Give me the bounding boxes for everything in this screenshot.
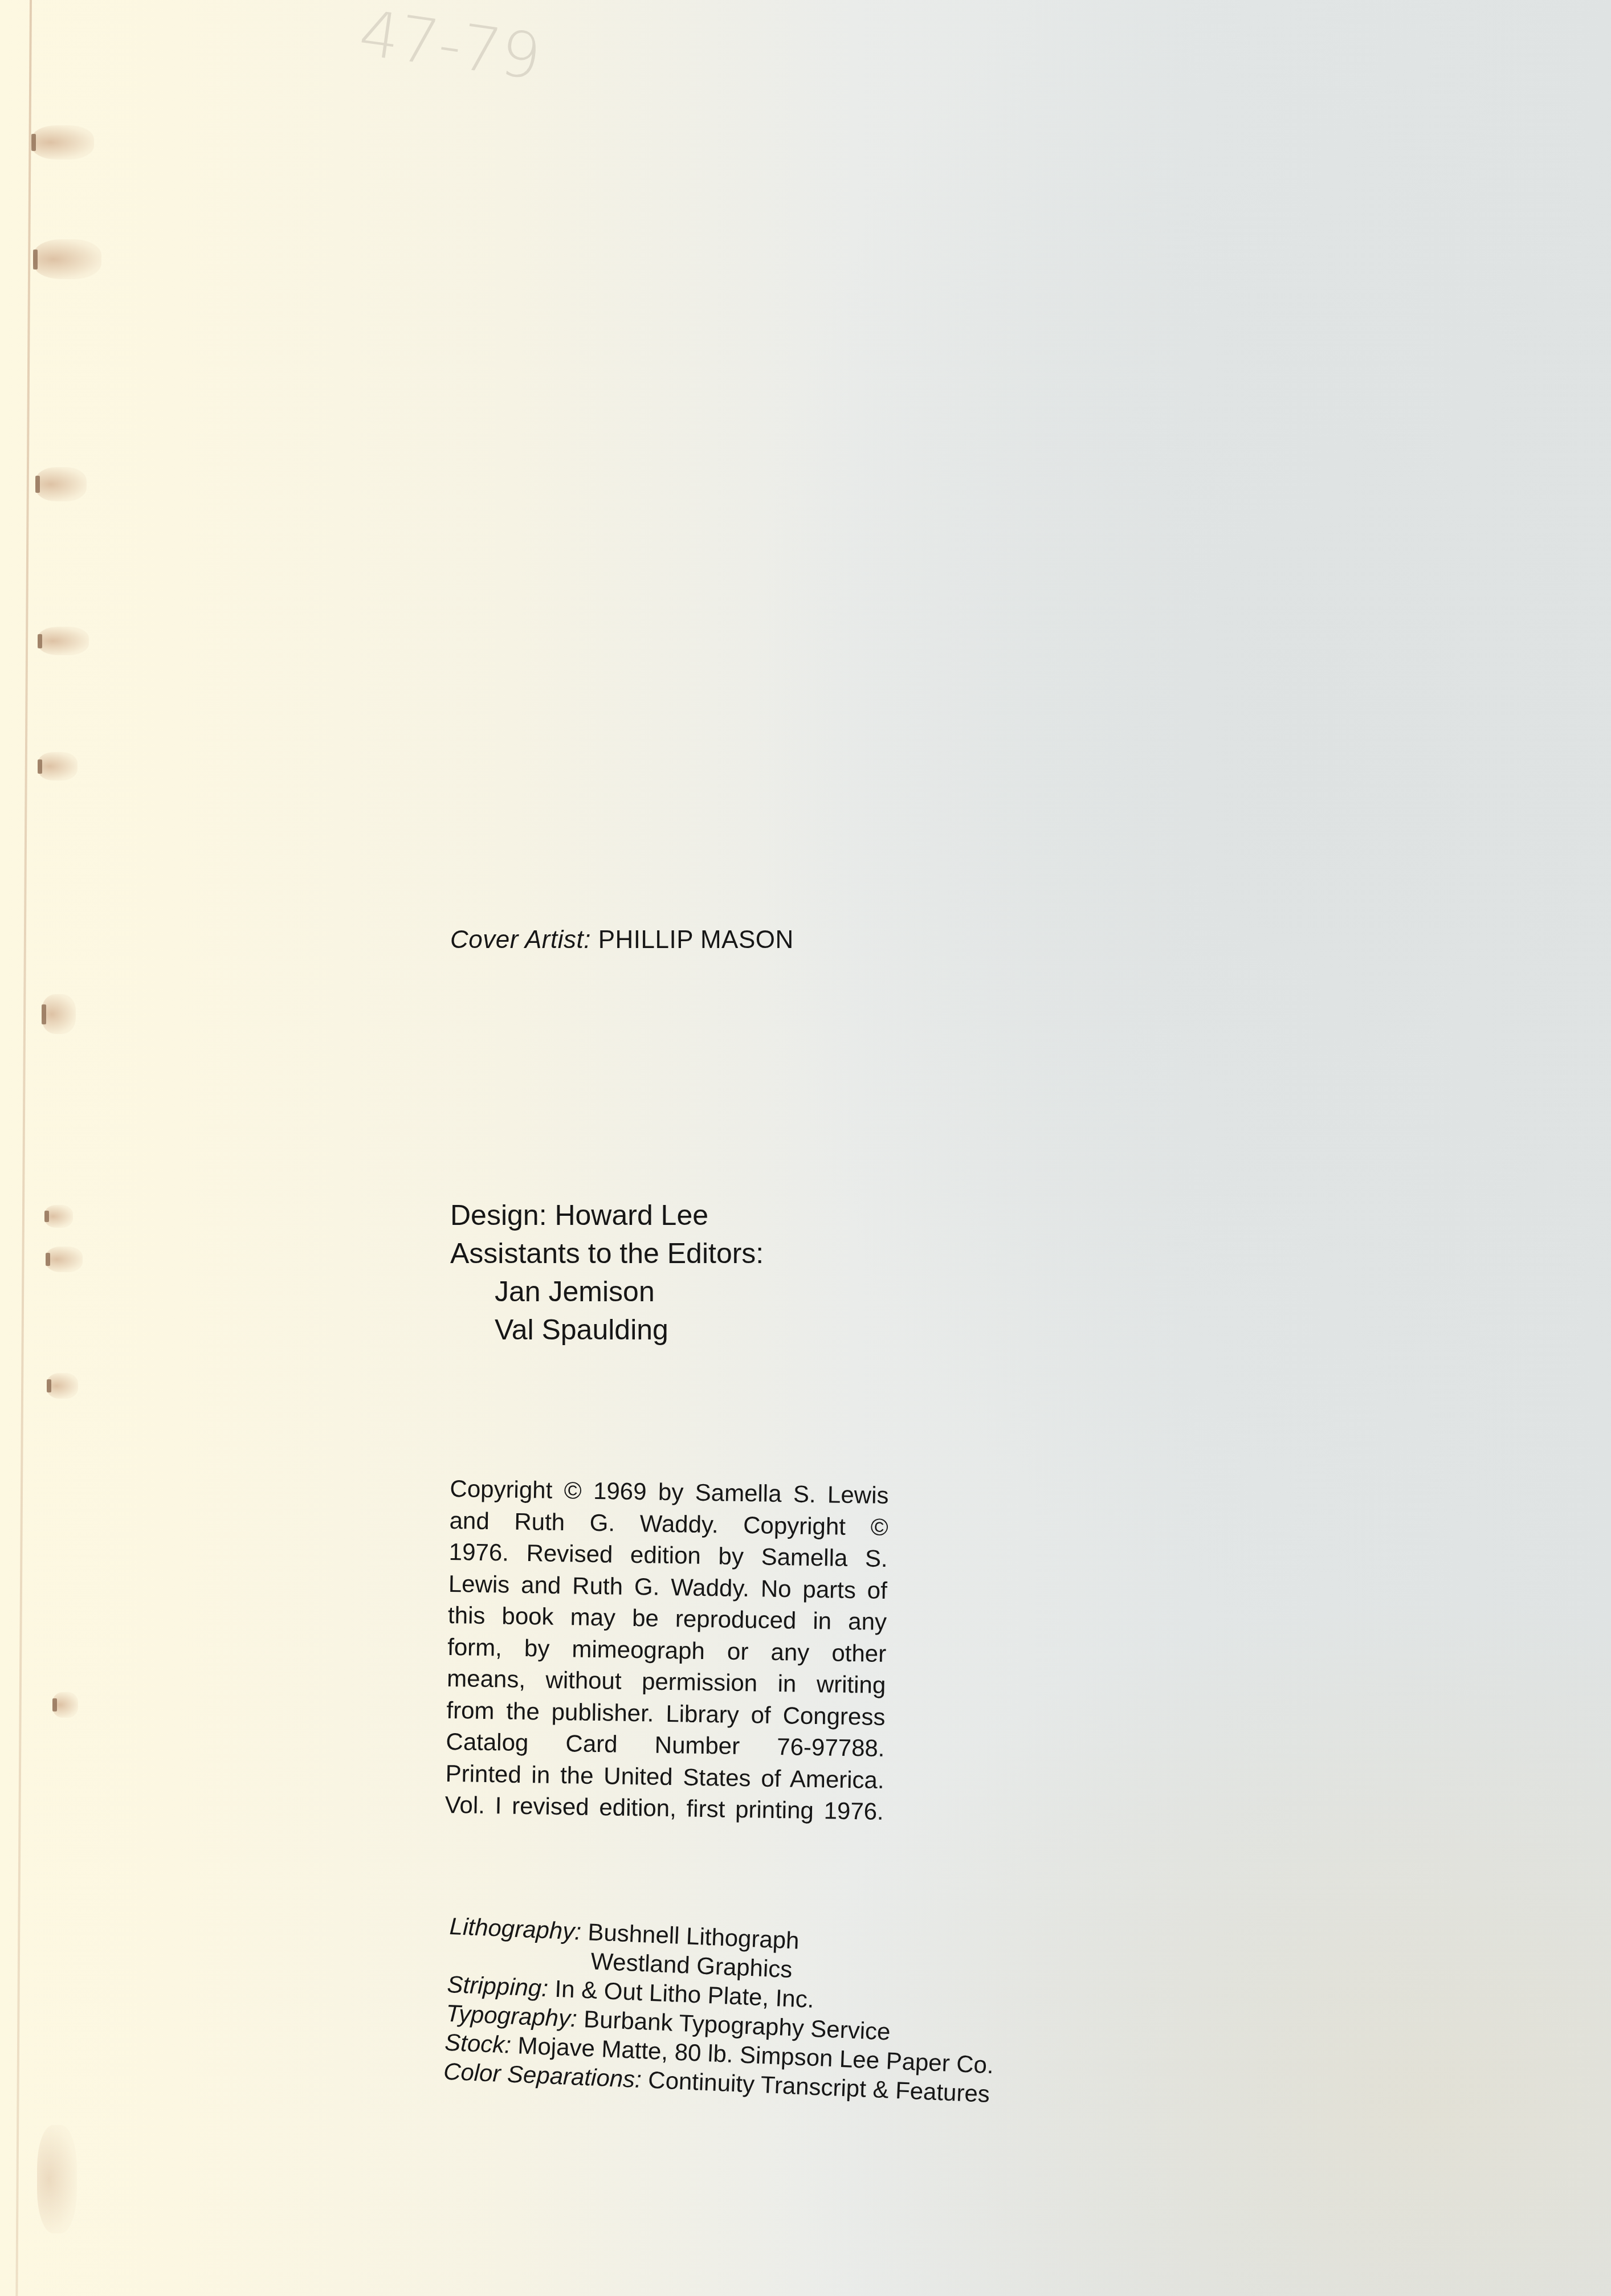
design-credit: Design: Howard Lee bbox=[450, 1196, 764, 1235]
binding-stain bbox=[33, 239, 101, 279]
cover-artist-label: Cover Artist: bbox=[450, 926, 591, 954]
assistant-name: Jan Jemison bbox=[450, 1273, 764, 1311]
binding-stain bbox=[31, 125, 94, 160]
binding-stain bbox=[44, 1205, 73, 1228]
printing-credit-label: Lithography: bbox=[449, 1913, 582, 1945]
copyright-notice: Copyright © 1969 by Samella S. Lewis and… bbox=[444, 1473, 888, 1828]
editorial-credits: Design: Howard Lee Assistants to the Edi… bbox=[450, 1196, 764, 1349]
binding-edge bbox=[15, 0, 32, 2296]
printing-credit-label: Typography: bbox=[446, 2000, 578, 2032]
binding-stain bbox=[35, 467, 87, 501]
binding-stain bbox=[47, 1373, 78, 1399]
assistants-heading: Assistants to the Editors: bbox=[450, 1235, 764, 1273]
binding-stain bbox=[38, 627, 89, 655]
cover-artist-name: PHILLIP MASON bbox=[598, 926, 794, 954]
printing-credit-label: Stock: bbox=[444, 2029, 512, 2058]
pencil-annotation: 47-79 bbox=[355, 0, 545, 94]
binding-stain bbox=[52, 1692, 78, 1718]
assistant-name: Val Spaulding bbox=[450, 1311, 764, 1349]
printing-credit-label: Stripping: bbox=[447, 1971, 549, 2001]
binding-stain bbox=[42, 994, 76, 1034]
printing-credits: Lithography: Bushnell Lithograph Westlan… bbox=[443, 1911, 999, 2109]
binding-stain bbox=[38, 752, 78, 781]
binding-stain bbox=[37, 2125, 77, 2233]
copyright-line: Vol. I revised edition, first printing 1… bbox=[444, 1789, 884, 1828]
binding-stain bbox=[46, 1247, 83, 1272]
cover-artist-credit: Cover Artist: PHILLIP MASON bbox=[450, 926, 794, 954]
